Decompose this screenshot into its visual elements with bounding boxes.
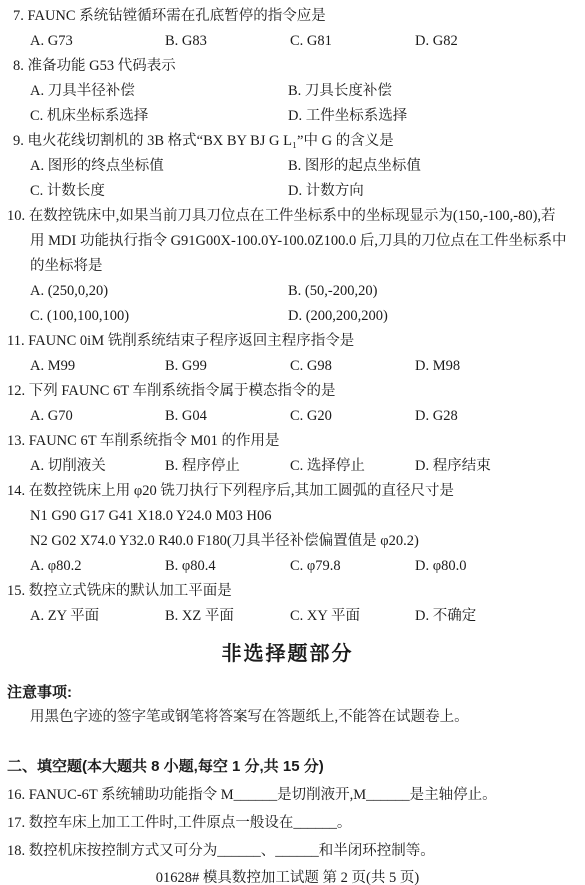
option-d: D. 计数方向: [288, 179, 575, 204]
question-options: A. 切削液关 B. 程序停止 C. 选择停止 D. 程序结束: [0, 454, 575, 479]
option-b: B. XZ 平面: [165, 604, 290, 629]
question-stem: 14. 在数控铣床上用 φ20 铣刀执行下列程序后,其加工圆弧的直径尺寸是: [0, 479, 575, 504]
question-14: 14. 在数控铣床上用 φ20 铣刀执行下列程序后,其加工圆弧的直径尺寸是 N1…: [0, 479, 575, 579]
question-stem: 7. FAUNC 系统钻镗循环需在孔底暂停的指令应是: [0, 4, 575, 29]
option-a: A. (250,0,20): [30, 279, 288, 304]
option-d: D. 不确定: [415, 604, 575, 629]
exam-page: 7. FAUNC 系统钻镗循环需在孔底暂停的指令应是 A. G73 B. G83…: [0, 0, 585, 885]
option-d: D. (200,200,200): [288, 304, 575, 329]
option-c: C. (100,100,100): [30, 304, 288, 329]
option-d: D. 工件坐标系选择: [288, 104, 575, 129]
notice-body: 用黑色字迹的签字笔或钢笔将答案写在答题纸上,不能答在试题卷上。: [0, 705, 575, 729]
option-b: B. G04: [165, 404, 290, 429]
option-d: D. 程序结束: [415, 454, 575, 479]
option-b: B. 图形的起点坐标值: [288, 154, 575, 179]
question-options: A. 刀具半径补偿 B. 刀具长度补偿: [0, 79, 575, 104]
question-stem: 10. 在数控铣床中,如果当前刀具刀位点在工件坐标系中的坐标现显示为(150,-…: [0, 204, 575, 229]
question-8: 8. 准备功能 G53 代码表示 A. 刀具半径补偿 B. 刀具长度补偿 C. …: [0, 54, 575, 129]
question-12: 12. 下列 FAUNC 6T 车削系统指令属于模态指令的是 A. G70 B.…: [0, 379, 575, 429]
question-options: A. M99 B. G99 C. G98 D. M98: [0, 354, 575, 379]
question-11: 11. FAUNC 0iM 铣削系统结束子程序返回主程序指令是 A. M99 B…: [0, 329, 575, 379]
option-b: B. φ80.4: [165, 554, 290, 579]
fill-section-title: 二、填空题(本大题共 8 小题,每空 1 分,共 15 分): [0, 755, 575, 779]
question-9: 9. 电火花线切割机的 3B 格式“BX BY BJ G L₁”中 G 的含义是…: [0, 129, 575, 204]
question-stem-cont: 用 MDI 功能执行指令 G91G00X-100.0Y-100.0Z100.0 …: [0, 229, 575, 254]
option-a: A. ZY 平面: [30, 604, 165, 629]
fill-question-16: 16. FANUC-6T 系统辅助功能指令 M______是切削液开,M____…: [0, 783, 575, 807]
question-stem: 8. 准备功能 G53 代码表示: [0, 54, 575, 79]
option-d: D. G28: [415, 404, 575, 429]
option-c: C. G20: [290, 404, 415, 429]
question-options: C. 计数长度 D. 计数方向: [0, 179, 575, 204]
option-a: A. 刀具半径补偿: [30, 79, 288, 104]
question-stem-cont: 的坐标将是: [0, 254, 575, 279]
program-line-n2: N2 G02 X74.0 Y32.0 R40.0 F180(刀具半径补偿偏置值是…: [0, 529, 575, 554]
option-b: B. G83: [165, 29, 290, 54]
page-footer: 01628# 模具数控加工试题 第 2 页(共 5 页): [0, 866, 575, 885]
question-stem: 13. FAUNC 6T 车削系统指令 M01 的作用是: [0, 429, 575, 454]
question-stem: 9. 电火花线切割机的 3B 格式“BX BY BJ G L₁”中 G 的含义是: [0, 129, 575, 154]
option-b: B. G99: [165, 354, 290, 379]
option-c: C. XY 平面: [290, 604, 415, 629]
question-10: 10. 在数控铣床中,如果当前刀具刀位点在工件坐标系中的坐标现显示为(150,-…: [0, 204, 575, 329]
question-options: C. 机床坐标系选择 D. 工件坐标系选择: [0, 104, 575, 129]
question-options: C. (100,100,100) D. (200,200,200): [0, 304, 575, 329]
option-c: C. φ79.8: [290, 554, 415, 579]
question-options: A. ZY 平面 B. XZ 平面 C. XY 平面 D. 不确定: [0, 604, 575, 629]
fill-question-17: 17. 数控车床上加工工件时,工件原点一般设在______。: [0, 811, 575, 835]
option-a: A. 图形的终点坐标值: [30, 154, 288, 179]
program-line-n1: N1 G90 G17 G41 X18.0 Y24.0 M03 H06: [0, 504, 575, 529]
option-a: A. M99: [30, 354, 165, 379]
option-d: D. G82: [415, 29, 575, 54]
question-stem: 11. FAUNC 0iM 铣削系统结束子程序返回主程序指令是: [0, 329, 575, 354]
option-b: B. 程序停止: [165, 454, 290, 479]
option-c: C. 选择停止: [290, 454, 415, 479]
option-d: D. φ80.0: [415, 554, 575, 579]
question-13: 13. FAUNC 6T 车削系统指令 M01 的作用是 A. 切削液关 B. …: [0, 429, 575, 479]
question-stem: 15. 数控立式铣床的默认加工平面是: [0, 579, 575, 604]
question-options: A. (250,0,20) B. (50,-200,20): [0, 279, 575, 304]
question-options: A. G70 B. G04 C. G20 D. G28: [0, 404, 575, 429]
question-15: 15. 数控立式铣床的默认加工平面是 A. ZY 平面 B. XZ 平面 C. …: [0, 579, 575, 629]
option-a: A. G70: [30, 404, 165, 429]
option-c: C. 机床坐标系选择: [30, 104, 288, 129]
section-title: 非选择题部分: [0, 639, 575, 669]
option-c: C. G81: [290, 29, 415, 54]
notice-title: 注意事项:: [0, 681, 575, 705]
option-b: B. (50,-200,20): [288, 279, 575, 304]
option-c: C. 计数长度: [30, 179, 288, 204]
fill-question-18: 18. 数控机床按控制方式又可分为______、______和半闭环控制等。: [0, 839, 575, 863]
option-b: B. 刀具长度补偿: [288, 79, 575, 104]
option-c: C. G98: [290, 354, 415, 379]
option-d: D. M98: [415, 354, 575, 379]
question-options: A. φ80.2 B. φ80.4 C. φ79.8 D. φ80.0: [0, 554, 575, 579]
question-7: 7. FAUNC 系统钻镗循环需在孔底暂停的指令应是 A. G73 B. G83…: [0, 4, 575, 54]
question-options: A. 图形的终点坐标值 B. 图形的起点坐标值: [0, 154, 575, 179]
question-options: A. G73 B. G83 C. G81 D. G82: [0, 29, 575, 54]
option-a: A. 切削液关: [30, 454, 165, 479]
question-stem: 12. 下列 FAUNC 6T 车削系统指令属于模态指令的是: [0, 379, 575, 404]
option-a: A. φ80.2: [30, 554, 165, 579]
option-a: A. G73: [30, 29, 165, 54]
